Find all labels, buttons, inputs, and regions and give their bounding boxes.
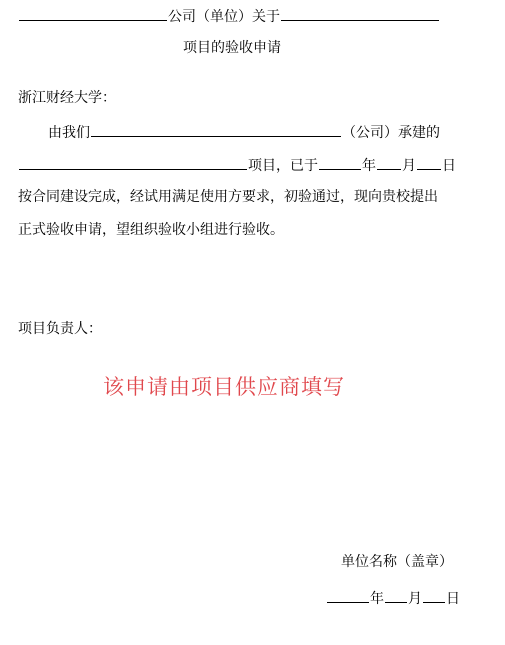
footer-date: 年月日 xyxy=(326,588,460,608)
day-label: 日 xyxy=(442,158,456,174)
page-title: 项目的验收申请 xyxy=(183,39,281,57)
year-blank xyxy=(319,155,361,170)
footer-day-label: 日 xyxy=(446,591,460,607)
header-company-label: 公司（单位）关于 xyxy=(168,9,280,25)
p2-project: 项目，已于 xyxy=(248,158,318,174)
month-blank xyxy=(377,155,401,170)
day-blank xyxy=(417,155,441,170)
paragraph-line-1: 由我们（公司）承建的 xyxy=(48,122,440,142)
footer-year-blank xyxy=(327,588,369,603)
header-line: 公司（单位）关于 xyxy=(18,6,440,26)
company-blank xyxy=(19,6,167,21)
paragraph-line-4: 正式验收申请，望组织验收小组进行验收。 xyxy=(18,221,284,239)
supplier-note: 该申请由项目供应商填写 xyxy=(103,374,345,400)
p1-suffix: （公司）承建的 xyxy=(342,125,440,141)
footer-month-blank xyxy=(385,588,407,603)
footer-month-label: 月 xyxy=(408,591,422,607)
year-label: 年 xyxy=(362,158,376,174)
project-name-blank xyxy=(281,6,439,21)
project-blank xyxy=(19,155,247,170)
builder-company-blank xyxy=(91,122,341,137)
paragraph-line-2: 项目，已于年月日 xyxy=(18,155,456,175)
p1-start: 由我们 xyxy=(48,125,90,141)
footer-year-label: 年 xyxy=(370,591,384,607)
responsible-person: 项目负责人： xyxy=(18,320,102,338)
paragraph-line-3: 按合同建设完成，经试用满足使用方要求，初验通过，现向贵校提出 xyxy=(18,188,438,206)
org-name-seal: 单位名称（盖章） xyxy=(341,553,453,571)
month-label: 月 xyxy=(402,158,416,174)
footer-day-blank xyxy=(423,588,445,603)
recipient: 浙江财经大学： xyxy=(18,89,116,107)
